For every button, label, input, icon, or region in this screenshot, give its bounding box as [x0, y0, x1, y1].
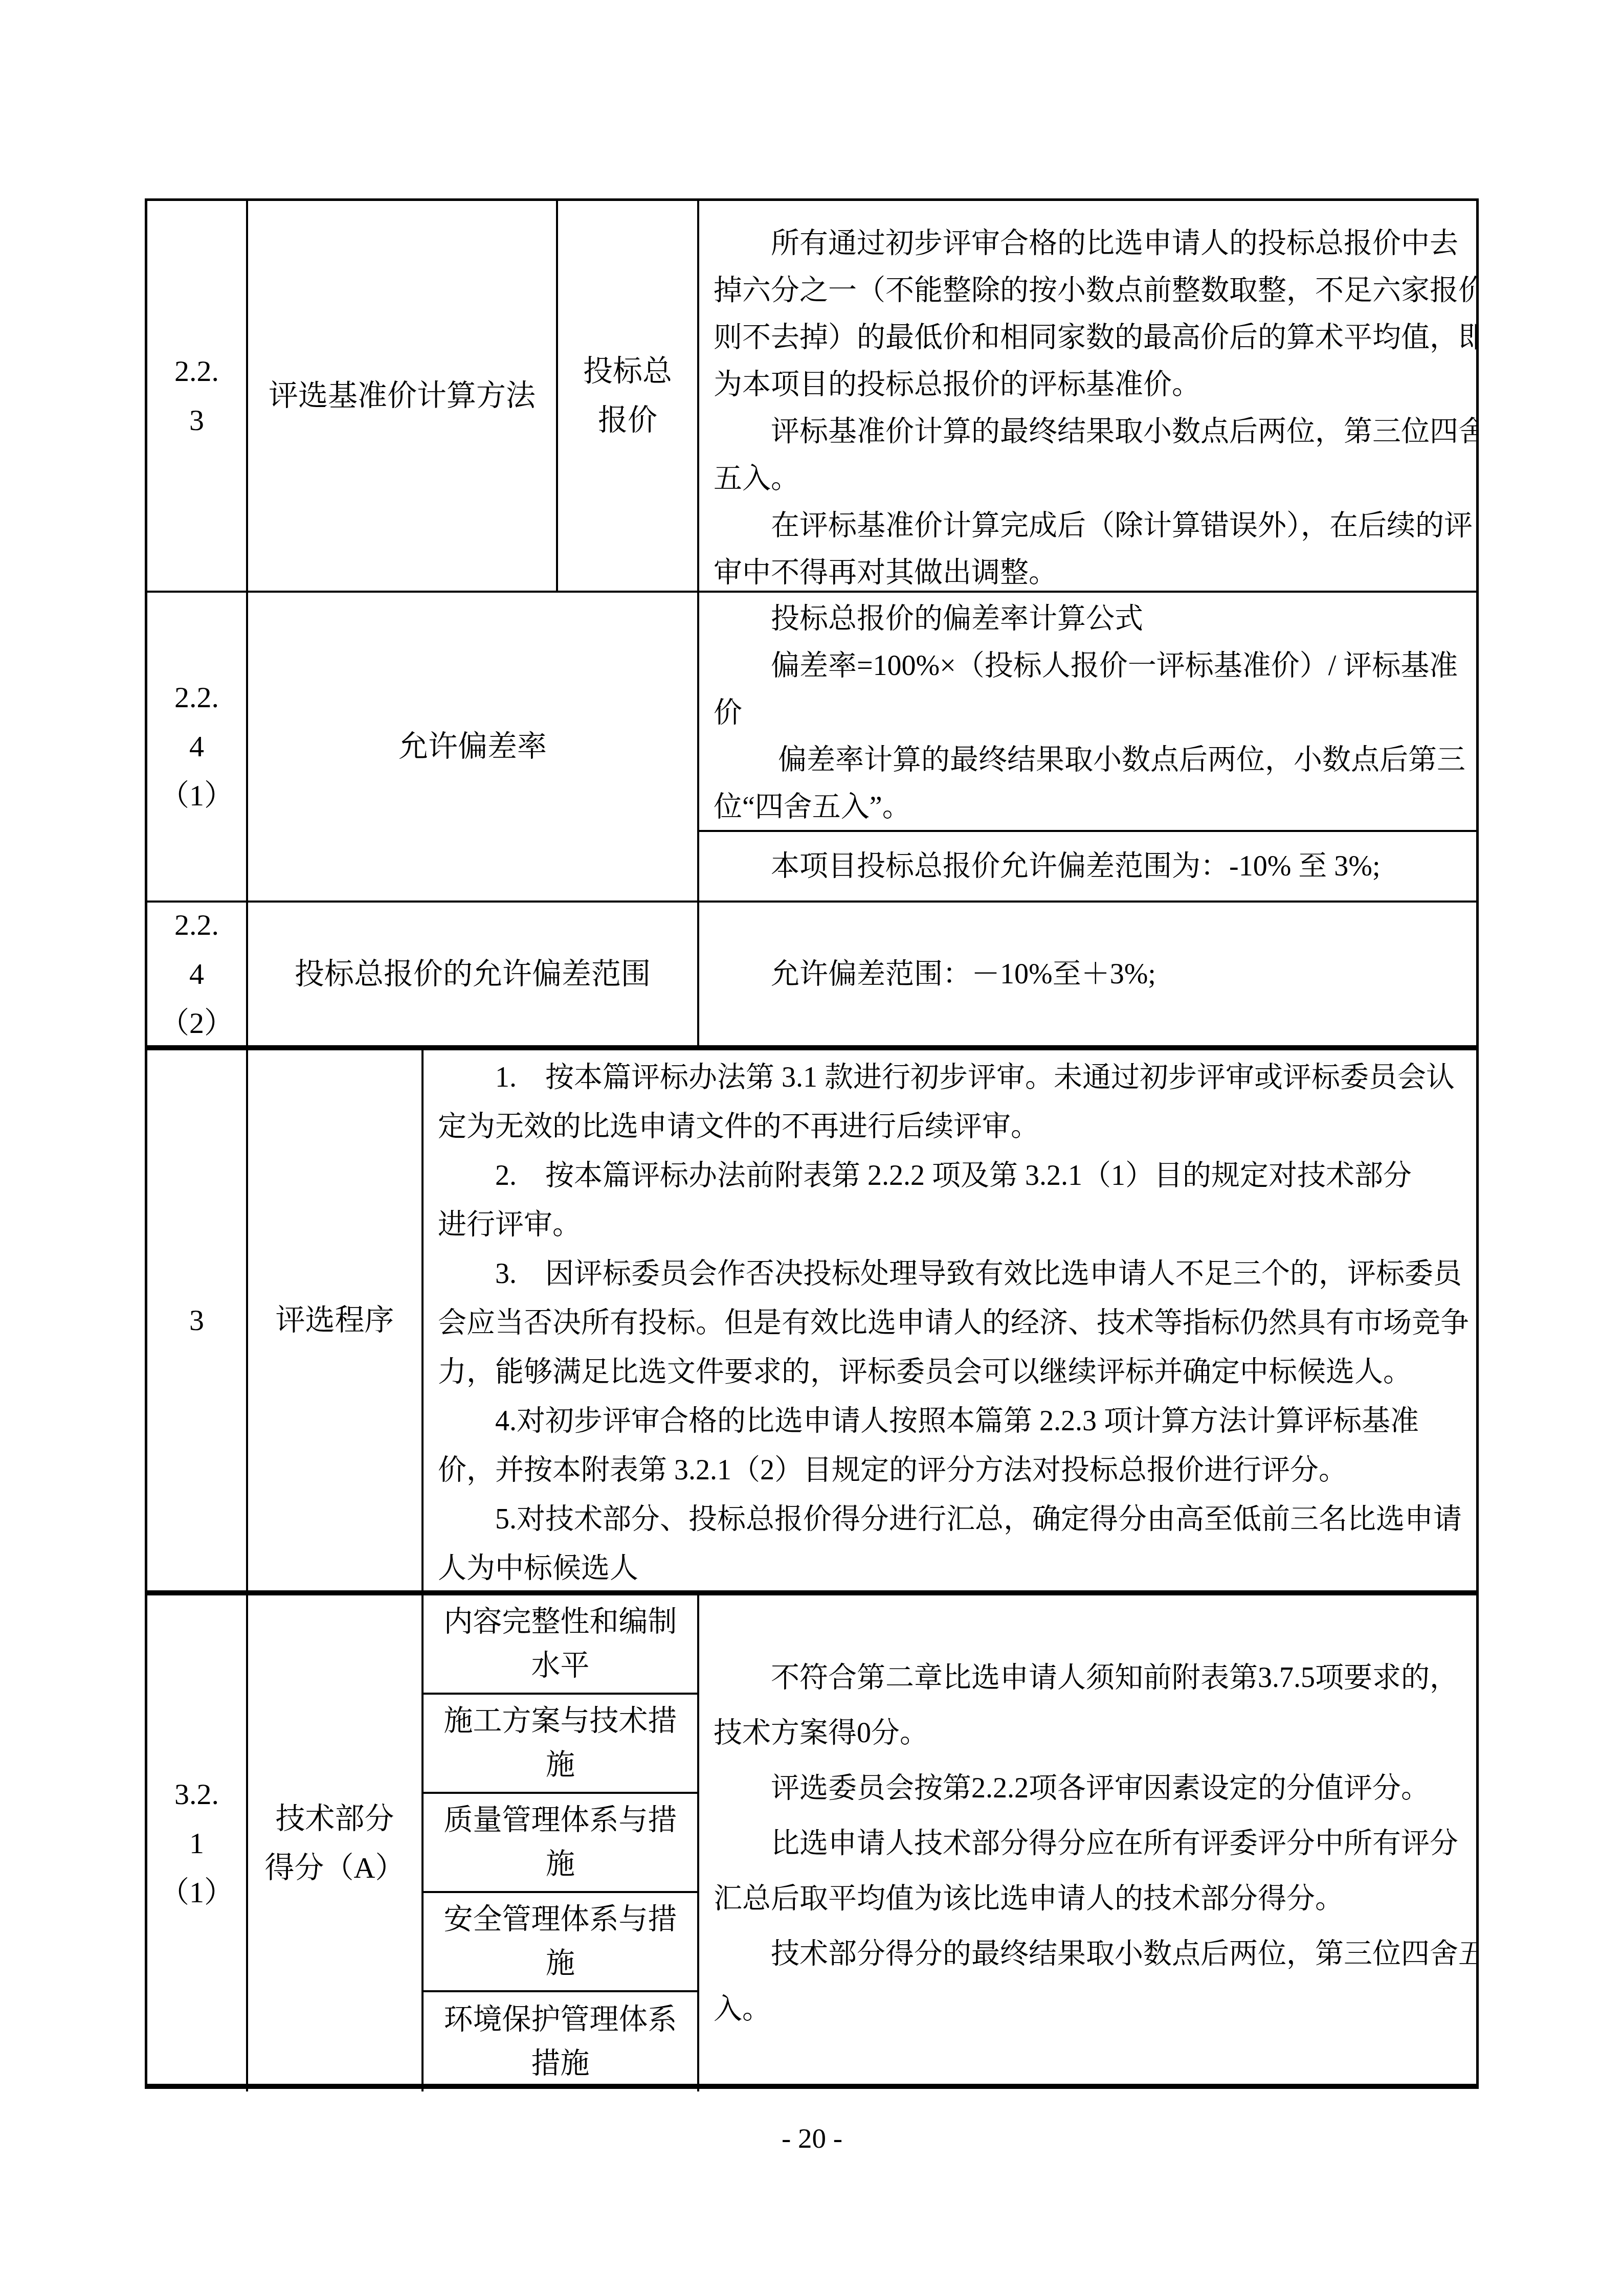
cell-content-deviation-range: 本项目投标总报价允许偏差范围为：-10% 至 3%; [699, 832, 1476, 903]
cell-subfactor-safety-management: 安全管理体系与措施 [424, 1893, 699, 1992]
cell-criterion-technical-score: 技术部分得分（A） [248, 1595, 424, 2091]
cell-content-deviation-formula: 投标总报价的偏差率计算公式 偏差率=100%×（投标人报价一评标基准价）/ 评标… [699, 593, 1476, 832]
cell-item-no-3: 3 [147, 1050, 248, 1595]
cell-criterion-selection-procedure: 评选程序 [248, 1050, 424, 1595]
cell-subfactor-quality-management: 质量管理体系与措施 [424, 1794, 699, 1893]
cell-criterion-deviation-rate: 允许偏差率 [248, 593, 699, 903]
criterion-label: 评选基准价计算方法 [269, 371, 536, 420]
cell-criterion-allowed-deviation-range: 投标总报价的允许偏差范围 [248, 903, 699, 1050]
cell-content-selection-procedure: 1. 按本篇评标办法第 3.1 款进行初步评审。未通过初步评审或评标委员会认定为… [424, 1050, 1476, 1595]
criterion-label: 投标总报价的允许偏差范围 [295, 950, 651, 999]
criterion-label: 允许偏差率 [398, 722, 547, 771]
deviation-range-text: 本项目投标总报价允许偏差范围为：-10% 至 3%; [714, 843, 1462, 890]
cell-content-base-price-method: 所有通过初步评审合格的比选申请人的投标总报价中去掉六分之一（不能整除的按小数点前… [699, 201, 1476, 593]
cell-factor-total-bid-price: 投标总报价 [558, 201, 699, 593]
cell-subfactor-environment-management: 环境保护管理体系措施 [424, 1992, 699, 2091]
cell-subfactor-construction-plan: 施工方案与技术措施 [424, 1695, 699, 1794]
cell-content-technical-score-rules: 不符合第二章比选申请人须知前附表第3.7.5项要求的，技术方案得0分。 评选委员… [699, 1595, 1476, 2091]
cell-item-no-2-2-4-2: 2.2.4（2） [147, 903, 248, 1050]
cell-content-allowed-deviation: 允许偏差范围：－10%至＋3%; [699, 903, 1476, 1050]
cell-criterion-2-2-3: 评选基准价计算方法 [248, 201, 558, 593]
document-page: 2.2.3 评选基准价计算方法 投标总报价 所有通过初步评审合格的比选申请人的投… [0, 0, 1624, 2296]
cell-subfactor-content-completeness: 内容完整性和编制水平 [424, 1595, 699, 1695]
cell-item-no-3-2-1-1: 3.2.1（1） [147, 1595, 248, 2091]
criterion-label: 评选程序 [275, 1296, 394, 1345]
evaluation-criteria-table: 2.2.3 评选基准价计算方法 投标总报价 所有通过初步评审合格的比选申请人的投… [145, 198, 1479, 2089]
cell-item-no-2-2-4-1: 2.2.4（1） [147, 593, 248, 903]
page-number: - 20 - [0, 2122, 1624, 2154]
cell-item-no-2-2-3: 2.2.3 [147, 201, 248, 593]
